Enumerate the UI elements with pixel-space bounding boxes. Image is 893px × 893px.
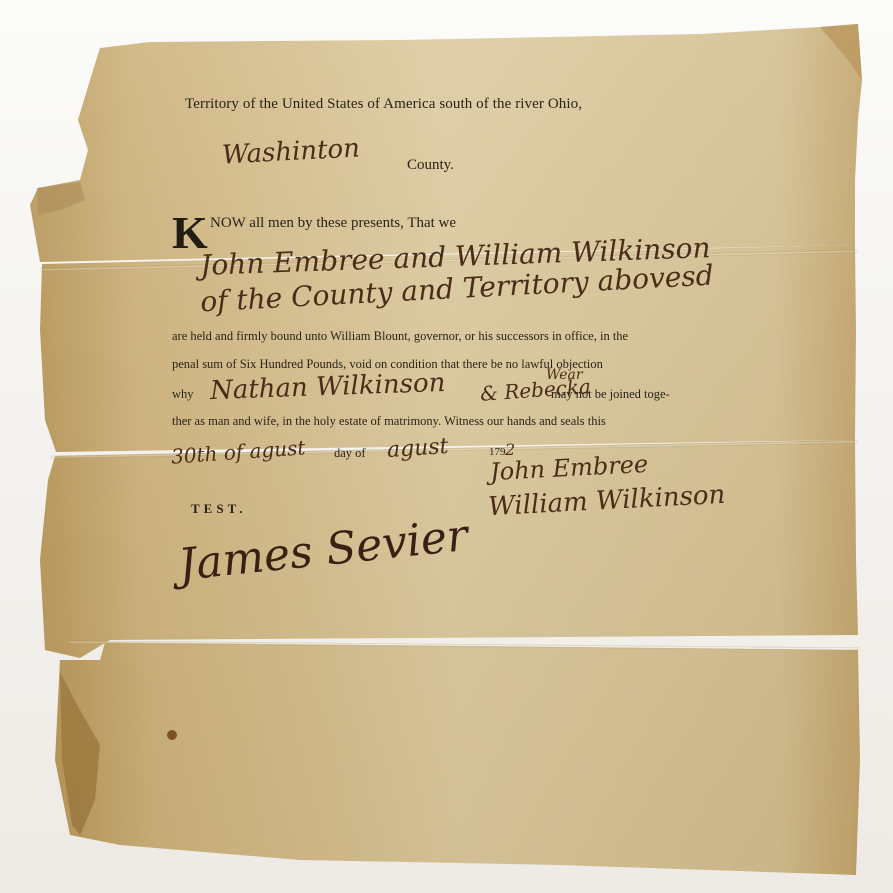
year-printed: 179 bbox=[489, 446, 506, 458]
body-line-3-rest: may not be joined toge- bbox=[551, 387, 670, 402]
test-label: TEST. bbox=[191, 501, 247, 517]
day-of-label: day of bbox=[334, 446, 366, 461]
why-label: why bbox=[172, 387, 194, 402]
county-label: County. bbox=[407, 157, 454, 174]
body-line-1: are held and firmly bound unto William B… bbox=[172, 329, 628, 344]
date-month-handwritten: agust bbox=[386, 434, 449, 463]
document-title: Territory of the United States of Americ… bbox=[185, 96, 582, 113]
bride-surname-handwritten: Wear bbox=[546, 367, 583, 383]
opening-line: NOW all men by these presents, That we bbox=[210, 215, 456, 232]
body-line-4: ther as man and wife, in the holy estate… bbox=[172, 414, 606, 429]
